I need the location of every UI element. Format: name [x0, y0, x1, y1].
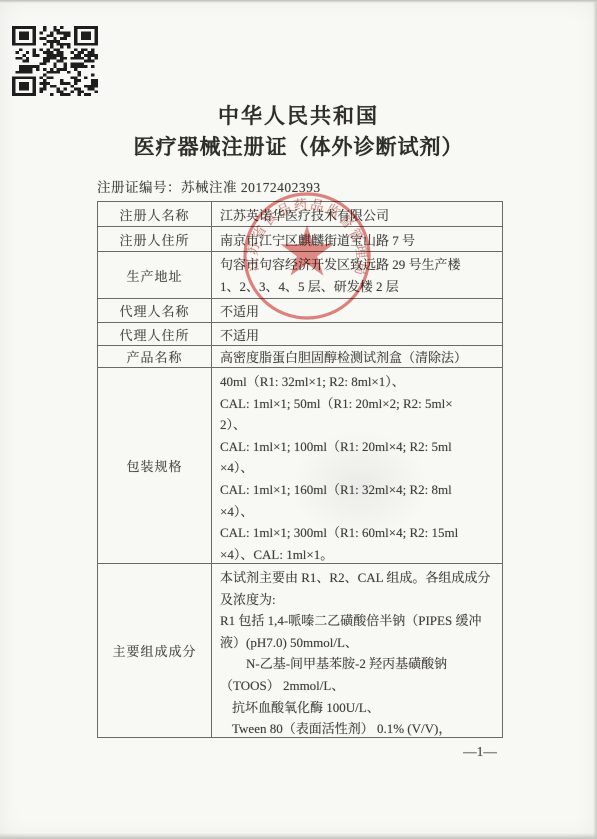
official-seal-stamp: 江苏省食品药品监督管理局 [238, 189, 378, 325]
document-title-country: 中华人民共和国 [0, 100, 597, 130]
value-line: CAL: 1ml×1; 50ml（R1: 20ml×2; R2: 5ml× [220, 393, 502, 415]
value-line: （TOOS） 2mmol/L、 [220, 675, 502, 697]
value-line: 及浓度为: [220, 589, 502, 611]
row-value: 高密度脂蛋白胆固醇检测试剂盒（清除法） [212, 346, 502, 367]
value-line: 2）、 [220, 414, 502, 436]
row-label: 生产地址 [98, 252, 212, 298]
scan-edge-bottom [0, 833, 597, 839]
page-number: —1— [452, 744, 508, 760]
value-line: ×4）、 [220, 457, 502, 479]
row-label: 主要组成成分 [98, 564, 212, 737]
row-label: 注册人名称 [98, 202, 212, 226]
table-row-packaging-spec: 包装规格 40ml（R1: 32ml×1; R2: 8ml×1）、 CAL: 1… [98, 368, 502, 564]
value-line: N-乙基-间甲基苯胺-2 羟丙基磺酸钠 [220, 653, 502, 675]
value-line: R1 包括 1,4-哌嗪二乙磺酸倍半钠（PIPES 缓冲 [220, 610, 502, 632]
value-line: Tween 80（表面活性剂） 0.1% (V/V)， [220, 718, 502, 737]
row-label: 代理人名称 [98, 299, 212, 322]
seal-star-icon [280, 225, 333, 276]
value-line: 本试剂主要由 R1、R2、CAL 组成。各组成成分 [220, 567, 502, 589]
row-label: 代理人住所 [98, 323, 212, 345]
value-line: 40ml（R1: 32ml×1; R2: 8ml×1）、 [220, 371, 502, 393]
value-line: CAL: 1ml×1; 100ml（R1: 20ml×4; R2: 5ml [220, 436, 502, 458]
row-value: 不适用 [212, 323, 502, 345]
value-line: CAL: 1ml×1; 300ml（R1: 60ml×4; R2: 15ml [220, 522, 502, 544]
row-label: 产品名称 [98, 346, 212, 367]
registration-number-label: 注册证编号： [97, 180, 181, 195]
document-title: 医疗器械注册证（体外诊断试剂） [0, 131, 597, 161]
value-line: 液）(pH7.0) 50mmol/L、 [220, 632, 502, 654]
row-label: 注册人住所 [98, 227, 212, 251]
table-row-agent-address: 代理人住所 不适用 [98, 323, 502, 346]
qr-code [12, 26, 98, 96]
row-value: 本试剂主要由 R1、R2、CAL 组成。各组成成分 及浓度为: R1 包括 1,… [212, 564, 502, 737]
value-line: CAL: 1ml×1; 160ml（R1: 32ml×4; R2: 8ml [220, 479, 502, 501]
table-row-product-name: 产品名称 高密度脂蛋白胆固醇检测试剂盒（清除法） [98, 346, 502, 368]
scanned-certificate-page: 中华人民共和国 医疗器械注册证（体外诊断试剂） 注册证编号：苏械注准 20172… [0, 0, 597, 839]
value-line: 抗坏血酸氧化酶 100U/L、 [220, 697, 502, 719]
scan-edge-top [0, 0, 597, 3]
value-line: ×4）、CAL: 1ml×1。 [220, 544, 502, 563]
row-label: 包装规格 [98, 368, 212, 563]
table-row-main-components: 主要组成成分 本试剂主要由 R1、R2、CAL 组成。各组成成分 及浓度为: R… [98, 564, 502, 737]
row-value: 40ml（R1: 32ml×1; R2: 8ml×1）、 CAL: 1ml×1;… [212, 368, 502, 563]
value-line: ×4）、 [220, 501, 502, 523]
